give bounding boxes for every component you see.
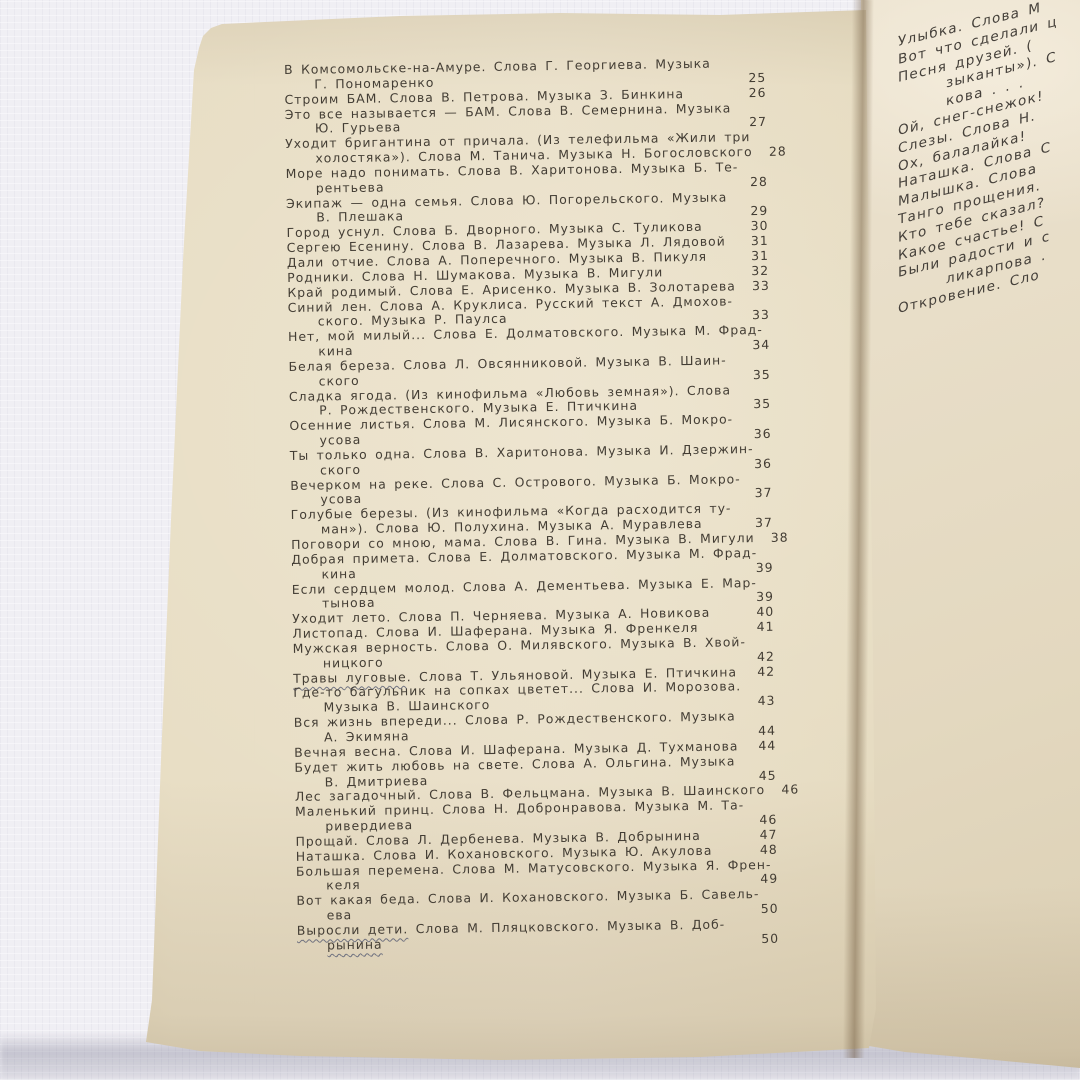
toc-line-rest: кина	[318, 343, 353, 359]
toc-line-rest: келя	[326, 877, 361, 893]
toc-line-rest: ницкого	[323, 654, 384, 670]
dot-leader	[696, 97, 730, 98]
toc-line-rest: В. Дмитриева	[325, 772, 429, 789]
book-photo: В Комсомольске-на-Амуре. Слова Г. Георги…	[0, 0, 1080, 1080]
toc-line-rest: ева	[327, 907, 353, 922]
toc-page-number: 31	[741, 249, 769, 264]
toc-page-number: 39	[745, 560, 773, 575]
toc-page-number: 42	[747, 664, 775, 679]
toc-page-number: 28	[759, 145, 787, 160]
right-page-fragments: Улыбка. Слова МВот что сделали цПесня др…	[898, 0, 1080, 319]
toc-page-number: 27	[739, 115, 767, 130]
toc-page-number: 48	[750, 842, 778, 857]
toc-line-rest: Ю. Гурьева	[315, 120, 402, 136]
toc-page-number: 34	[742, 338, 770, 353]
toc-line-rest: ского	[320, 462, 361, 478]
dot-leader	[675, 275, 733, 276]
toc-page-number: 42	[747, 650, 775, 665]
toc-page-number: 46	[749, 813, 777, 828]
toc-line-rest: кина	[321, 566, 356, 582]
toc-line-rest: ского	[319, 373, 360, 389]
toc-line-rest: рентьева	[316, 179, 385, 195]
toc-page-number: 36	[744, 457, 772, 472]
toc-page-number: 44	[748, 739, 776, 754]
pencil-underline: рынина	[327, 936, 383, 952]
toc-page-number: 43	[747, 694, 775, 709]
toc-page-number: 46	[771, 783, 799, 798]
toc-page-number: 47	[749, 828, 777, 843]
toc-page-number: 35	[743, 397, 771, 412]
toc-line-rest: тынова	[322, 595, 376, 611]
toc-page-number: 50	[751, 902, 779, 917]
toc-line-rest: ривердиева	[325, 817, 413, 833]
dot-leader	[707, 260, 741, 261]
toc-line-rest: усова	[319, 432, 361, 448]
toc-page-number: 35	[743, 368, 771, 383]
toc-page-number: 38	[761, 531, 789, 546]
toc-page-number: 37	[745, 516, 773, 531]
toc-page-number: 32	[741, 264, 769, 279]
toc-page-number: 44	[748, 724, 776, 739]
toc-line-rest: В. Плешака	[316, 209, 404, 225]
toc-page-number: 50	[751, 932, 779, 947]
toc-page-number: 33	[742, 308, 770, 323]
left-page-toc: В Комсомольске-на-Амуре. Слова Г. Георги…	[284, 56, 779, 954]
toc-page-number: 25	[738, 71, 766, 86]
pencil-underline: Выросли дети.	[297, 921, 409, 938]
toc-line-rest: А. Экимяна	[324, 728, 410, 744]
toc-page-number: 41	[746, 620, 774, 635]
toc-page-number: 49	[750, 872, 778, 887]
toc-page-number: 45	[749, 768, 777, 783]
dot-leader	[650, 409, 735, 410]
toc-page-number: 33	[742, 278, 770, 293]
dot-leader	[395, 943, 743, 948]
toc-page-number: 26	[738, 86, 766, 101]
toc-line-rest: усова	[320, 491, 362, 507]
toc-line-text: рынина	[327, 937, 383, 953]
toc-page-number: 36	[743, 427, 771, 442]
toc-page-number: 28	[740, 175, 768, 190]
toc-page-number: 37	[744, 486, 772, 501]
